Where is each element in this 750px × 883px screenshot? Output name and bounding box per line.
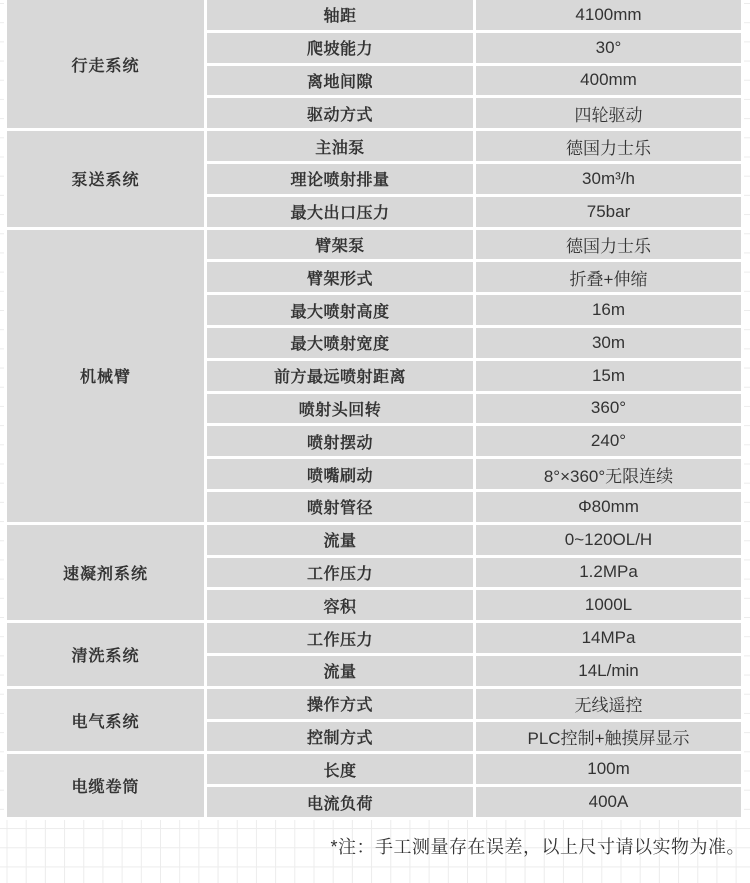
value-cell: 30m xyxy=(476,328,741,358)
value-cell: 折叠+伸缩 xyxy=(476,262,741,292)
value-cell: 14L/min xyxy=(476,656,741,686)
value-cell: 4100mm xyxy=(476,0,741,30)
parameter-cell: 喷嘴刷动 xyxy=(207,459,473,489)
parameter-cell: 喷射头回转 xyxy=(207,394,473,424)
parameter-cell: 喷射管径 xyxy=(207,492,473,522)
category-cell: 泵送系统 xyxy=(7,131,204,226)
value-cell: 德国力士乐 xyxy=(476,131,741,161)
category-cell: 行走系统 xyxy=(7,0,204,128)
spec-row: 速凝剂系统流量0~120OL/H xyxy=(7,525,741,555)
spec-row: 电缆卷筒长度100m xyxy=(7,754,741,784)
parameter-cell: 电流负荷 xyxy=(207,787,473,817)
parameter-cell: 流量 xyxy=(207,525,473,555)
value-cell: 240° xyxy=(476,426,741,456)
category-cell: 速凝剂系统 xyxy=(7,525,204,620)
spec-row: 机械臂臂架泵德国力士乐 xyxy=(7,230,741,260)
parameter-cell: 最大出口压力 xyxy=(207,197,473,227)
parameter-cell: 流量 xyxy=(207,656,473,686)
value-cell: 16m xyxy=(476,295,741,325)
value-cell: Φ80mm xyxy=(476,492,741,522)
parameter-cell: 长度 xyxy=(207,754,473,784)
parameter-cell: 操作方式 xyxy=(207,689,473,719)
spec-row: 行走系统轴距4100mm xyxy=(7,0,741,30)
parameter-cell: 工作压力 xyxy=(207,623,473,653)
parameter-cell: 最大喷射高度 xyxy=(207,295,473,325)
value-cell: 100m xyxy=(476,754,741,784)
spec-row: 清洗系统工作压力14MPa xyxy=(7,623,741,653)
category-cell: 电气系统 xyxy=(7,689,204,752)
value-cell: 1000L xyxy=(476,590,741,620)
parameter-cell: 喷射摆动 xyxy=(207,426,473,456)
parameter-cell: 主油泵 xyxy=(207,131,473,161)
value-cell: 德国力士乐 xyxy=(476,230,741,260)
spec-row: 泵送系统主油泵德国力士乐 xyxy=(7,131,741,161)
parameter-cell: 驱动方式 xyxy=(207,98,473,128)
parameter-cell: 臂架泵 xyxy=(207,230,473,260)
category-cell: 机械臂 xyxy=(7,230,204,522)
value-cell: 0~120OL/H xyxy=(476,525,741,555)
value-cell: 30m³/h xyxy=(476,164,741,194)
value-cell: 无线遥控 xyxy=(476,689,741,719)
parameter-cell: 理论喷射排量 xyxy=(207,164,473,194)
spec-row: 电气系统操作方式无线遥控 xyxy=(7,689,741,719)
value-cell: 75bar xyxy=(476,197,741,227)
parameter-cell: 容积 xyxy=(207,590,473,620)
value-cell: 8°×360°无限连续 xyxy=(476,459,741,489)
measurement-note: *注：手工测量存在误差，以上尺寸请以实物为准。 xyxy=(0,833,745,859)
parameter-cell: 爬坡能力 xyxy=(207,33,473,63)
value-cell: 1.2MPa xyxy=(476,558,741,588)
parameter-cell: 控制方式 xyxy=(207,722,473,752)
value-cell: 30° xyxy=(476,33,741,63)
parameter-cell: 轴距 xyxy=(207,0,473,30)
value-cell: 360° xyxy=(476,394,741,424)
value-cell: 14MPa xyxy=(476,623,741,653)
value-cell: 400mm xyxy=(476,66,741,96)
parameter-cell: 臂架形式 xyxy=(207,262,473,292)
parameter-cell: 工作压力 xyxy=(207,558,473,588)
parameter-cell: 前方最远喷射距离 xyxy=(207,361,473,391)
category-cell: 电缆卷筒 xyxy=(7,754,204,817)
parameter-cell: 离地间隙 xyxy=(207,66,473,96)
value-cell: 15m xyxy=(476,361,741,391)
parameter-cell: 最大喷射宽度 xyxy=(207,328,473,358)
value-cell: PLC控制+触摸屏显示 xyxy=(476,722,741,752)
category-cell: 清洗系统 xyxy=(7,623,204,686)
spec-table: 行走系统轴距4100mm爬坡能力30°离地间隙400mm驱动方式四轮驱动泵送系统… xyxy=(4,0,744,820)
value-cell: 400A xyxy=(476,787,741,817)
value-cell: 四轮驱动 xyxy=(476,98,741,128)
